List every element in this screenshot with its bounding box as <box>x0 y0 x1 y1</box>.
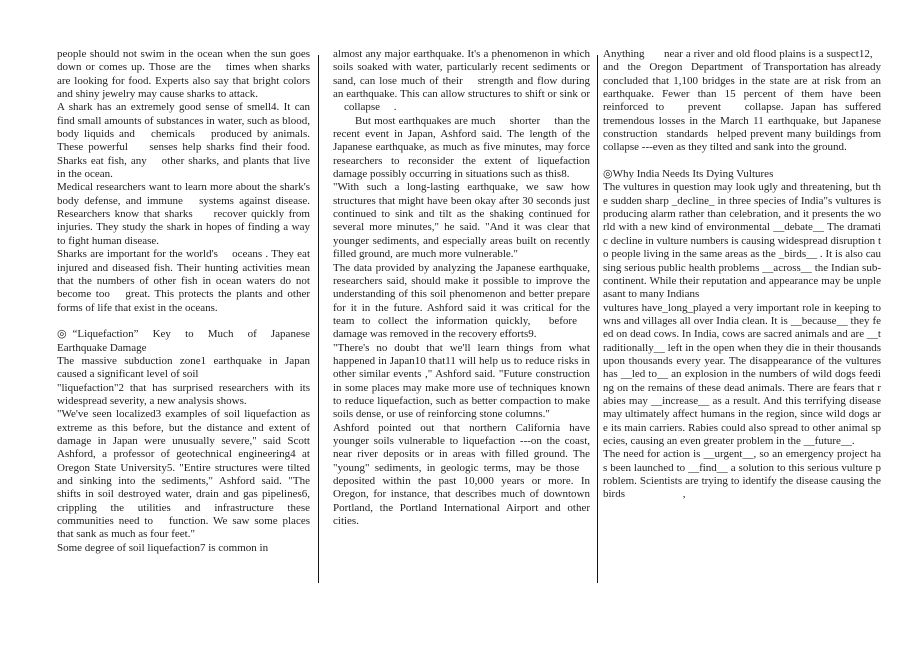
paragraph: Sharks are important for the world's oce… <box>57 248 310 315</box>
document-page: people should not swim in the ocean when… <box>0 0 920 651</box>
column-divider-left <box>318 55 319 583</box>
paragraph-spacer <box>57 315 310 328</box>
paragraph: almost any major earthquake. It's a phen… <box>333 48 590 115</box>
paragraph: "liquefaction"2 that has surprised resea… <box>57 382 310 409</box>
paragraph: The need for action is __urgent__, so an… <box>603 448 881 501</box>
paragraph: Anything near a river and old flood plai… <box>603 48 881 155</box>
paragraph: people should not swim in the ocean when… <box>57 48 310 101</box>
paragraph: vultures have_long_played a very importa… <box>603 302 881 449</box>
paragraph: "With such a long-lasting earthquake, we… <box>333 181 590 261</box>
paragraph: The massive subduction zone1 earthquake … <box>57 355 310 382</box>
paragraph: Medical researchers want to learn more a… <box>57 181 310 248</box>
paragraph-spacer <box>603 155 881 168</box>
section-heading: ◎Why India Needs Its Dying Vultures <box>603 168 881 181</box>
paragraph: The vultures in question may look ugly a… <box>603 181 881 301</box>
column-divider-right <box>597 55 598 583</box>
paragraph: Some degree of soil liquefaction7 is com… <box>57 542 310 555</box>
text-column-left: people should not swim in the ocean when… <box>57 48 310 555</box>
text-column-middle: almost any major earthquake. It's a phen… <box>333 48 590 528</box>
paragraph: "We've seen localized3 examples of soil … <box>57 408 310 541</box>
paragraph: "There's no doubt that we'll learn thing… <box>333 342 590 422</box>
paragraph: But most earthquakes are much shorter th… <box>333 115 590 182</box>
section-heading: ◎“Liquefaction” Key to Much of Japanese … <box>57 328 310 355</box>
text-column-right: Anything near a river and old flood plai… <box>603 48 881 502</box>
paragraph: A shark has an extremely good sense of s… <box>57 101 310 181</box>
paragraph: The data provided by analyzing the Japan… <box>333 262 590 342</box>
paragraph: Ashford pointed out that northern Califo… <box>333 422 590 529</box>
